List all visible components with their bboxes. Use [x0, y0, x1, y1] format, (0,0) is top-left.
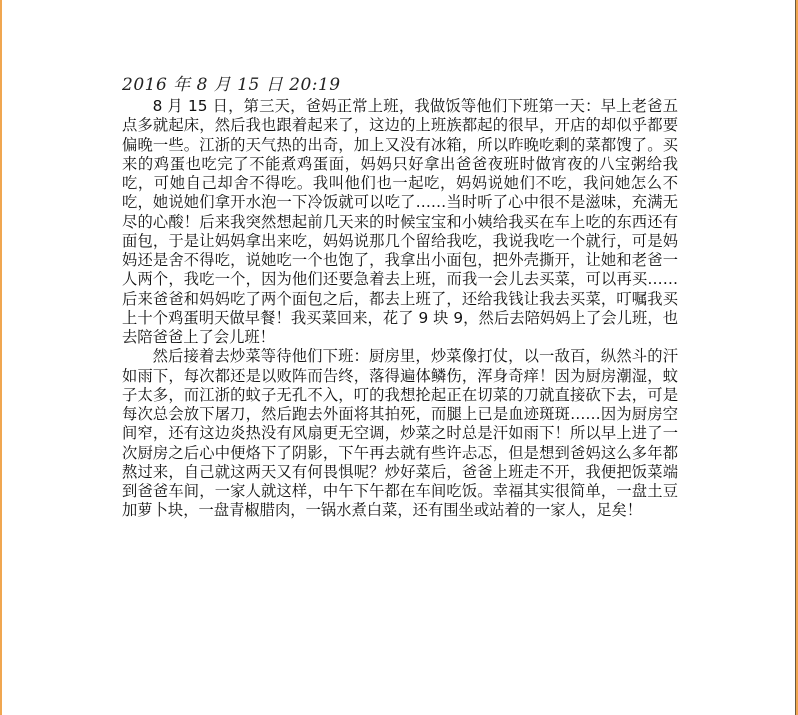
- entry-body: 8 月 15 日，第三天，爸妈正常上班，我做饭等他们下班第一天：早上老爸五点多就…: [122, 97, 678, 521]
- entry-date-heading: 2016 年 8 月 15 日 20:19: [122, 74, 678, 96]
- page-frame: 2016 年 8 月 15 日 20:19 8 月 15 日，第三天，爸妈正常上…: [0, 0, 798, 715]
- diary-entry: 2016 年 8 月 15 日 20:19 8 月 15 日，第三天，爸妈正常上…: [122, 74, 678, 521]
- frame-right-edge: [795, 0, 796, 715]
- entry-paragraph-2: 然后接着去炒菜等待他们下班：厨房里，炒菜像打仗，以一敌百，纵然斗的汗如雨下，每次…: [122, 347, 678, 520]
- entry-paragraph-1: 8 月 15 日，第三天，爸妈正常上班，我做饭等他们下班第一天：早上老爸五点多就…: [122, 97, 678, 347]
